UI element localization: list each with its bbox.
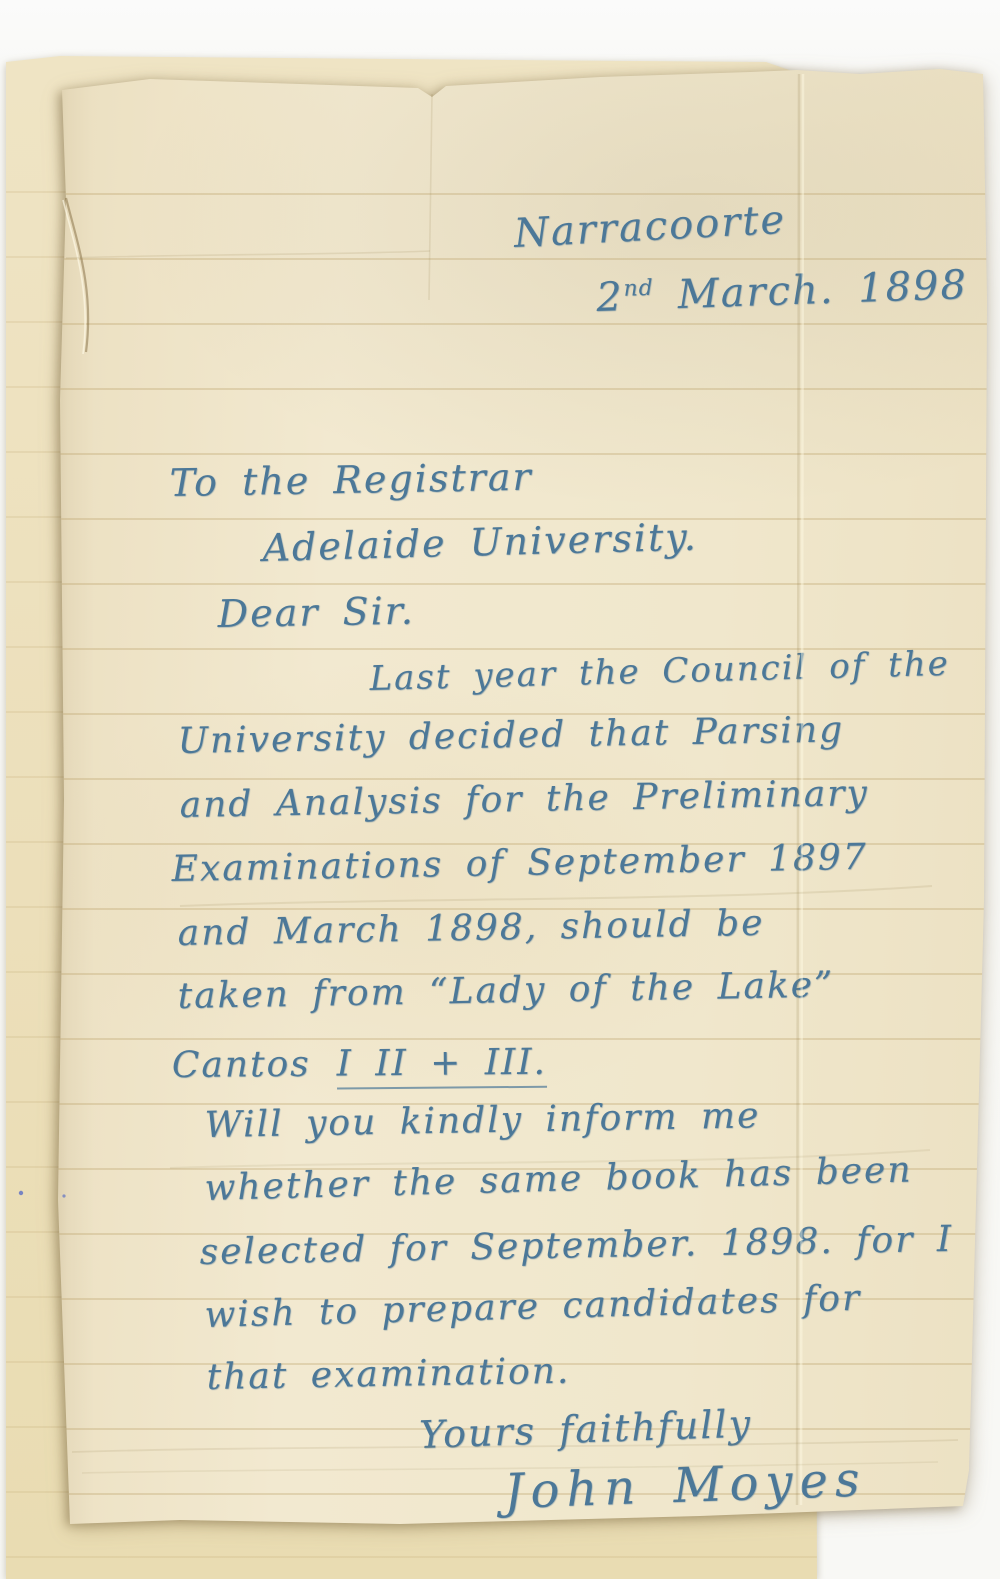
letter-paper	[48, 66, 988, 1528]
letter-page	[48, 66, 988, 1528]
ruled-lines	[48, 130, 988, 1528]
scan-background: Narracoorte 2nd March. 1898 To the Regis…	[0, 0, 1000, 1579]
